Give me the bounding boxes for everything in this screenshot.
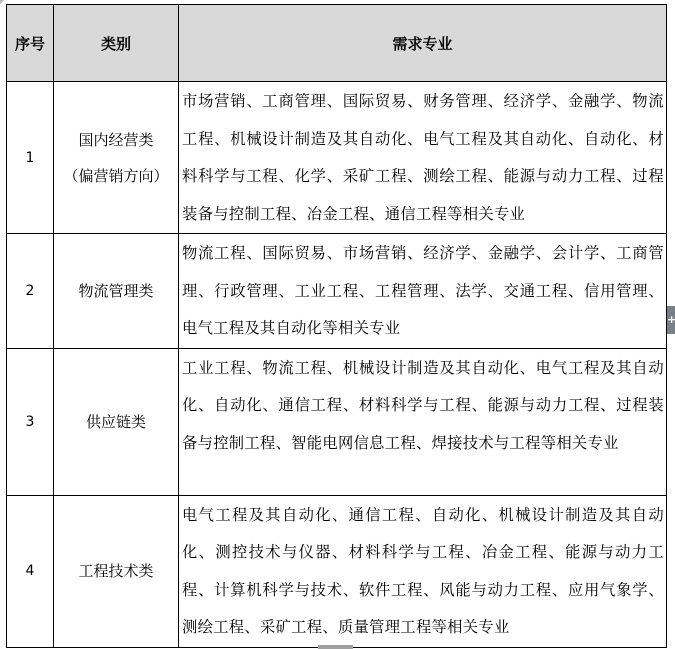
table-row: 1 国内经营类 （偏营销方向） 市场营销、工商管理、国际贸易、财务管理、经济学、… <box>7 82 667 234</box>
corner-marker <box>0 0 5 5</box>
category-note: （偏营销方向） <box>54 158 178 194</box>
table-header-row: 序号 类别 需求专业 <box>7 5 667 82</box>
row-category: 工程技术类 <box>54 495 179 647</box>
table-row: 4 工程技术类 电气工程及其自动化、通信工程、自动化、机械设计制造及其自动化、测… <box>7 495 667 647</box>
row-majors: 电气工程及其自动化、通信工程、自动化、机械设计制造及其自动化、测控技术与仪器、材… <box>179 495 667 647</box>
row-majors: 物流工程、国际贸易、市场营销、经济学、金融学、会计学、工商管理、行政管理、工业工… <box>179 234 667 349</box>
row-majors: 市场营销、工商管理、国际贸易、财务管理、经济学、金融学、物流工程、机械设计制造及… <box>179 82 667 234</box>
row-category: 国内经营类 （偏营销方向） <box>54 82 179 234</box>
plus-icon: + <box>667 313 675 326</box>
expand-side-tab[interactable]: + <box>667 306 675 334</box>
header-majors: 需求专业 <box>179 5 667 82</box>
majors-requirement-table: 序号 类别 需求专业 1 国内经营类 （偏营销方向） 市场营销、工商管理、国际贸… <box>6 4 667 648</box>
header-category: 类别 <box>54 5 179 82</box>
horizontal-scrollbar-thumb[interactable] <box>318 645 353 649</box>
table-row: 2 物流管理类 物流工程、国际贸易、市场营销、经济学、金融学、会计学、工商管理、… <box>7 234 667 349</box>
row-index: 3 <box>7 348 54 495</box>
category-label: 国内经营类 <box>54 122 178 158</box>
table-row: 3 供应链类 工业工程、物流工程、机械设计制造及其自动化、电气工程及其自动化、自… <box>7 348 667 495</box>
row-index: 2 <box>7 234 54 349</box>
row-majors: 工业工程、物流工程、机械设计制造及其自动化、电气工程及其自动化、自动化、通信工程… <box>179 348 667 495</box>
row-index: 4 <box>7 495 54 647</box>
header-index: 序号 <box>7 5 54 82</box>
row-category: 供应链类 <box>54 348 179 495</box>
row-category: 物流管理类 <box>54 234 179 349</box>
row-index: 1 <box>7 82 54 234</box>
